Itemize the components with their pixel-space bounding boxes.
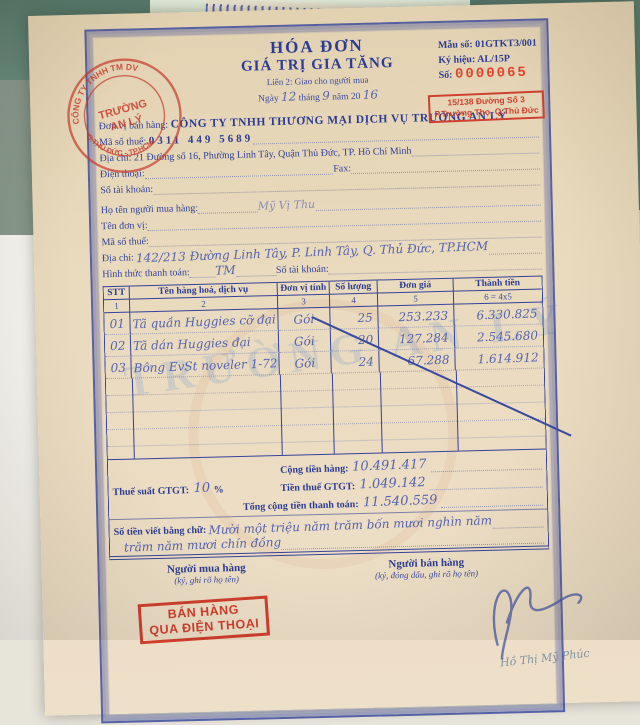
item-name: Bông EvSt noveler 1-72 [133,356,277,375]
date-month-handwritten: 9 [322,89,330,103]
dotted-line [329,258,543,275]
col-header-qty: Số lượng [330,281,378,295]
buyer-unit-label: Tên đơn vị: [101,220,148,232]
percent-sign: % [214,484,224,495]
item-unit: Gói [294,333,315,348]
item-name: Tã quần Huggies cỡ đại [132,312,276,331]
dotted-line [198,200,258,213]
date-month-label: tháng [299,93,320,104]
date-year-handwritten: 16 [363,87,379,101]
dotted-line [488,242,541,255]
buyer-account-label: Số tài khoản: [276,264,329,276]
date-year-label: năm 20 [332,92,360,103]
item-qty: 24 [358,354,374,369]
amount-in-words-line2: trăm năm mươi chín đồng [124,535,282,554]
item-price: 67.288 [407,352,449,367]
buyer-tax-label: Mã số thuế: [101,236,148,248]
date-prefix: Ngày [258,94,279,104]
vat-rate-handwritten: 10 [193,481,210,497]
invoice-number-label: Số: [439,70,453,81]
buyer-address-label: Địa chỉ: [102,252,134,264]
grand-total-handwritten: 11.540.559 [362,493,437,511]
seller-fax-label: Fax: [333,163,351,174]
item-unit: Gói [294,355,315,370]
amount-in-words-label: Số tiền viết bằng chữ: [114,525,207,538]
vat-amount-label: Tiền thuế GTGT: [280,481,355,494]
vat-rate-label: Thuế suất GTGT: [113,485,190,498]
grand-total-label: Tổng cộng tiền thanh toán: [243,499,359,513]
dotted-line [190,265,216,278]
colnum: 1 [104,300,130,314]
subtotal-label: Cộng tiền hàng: [280,463,349,476]
item-price: 127.284 [399,330,449,346]
vat-amount-handwritten: 1.049.142 [359,475,426,492]
item-qty: 25 [357,310,373,325]
address-stamp: 15/138 Đường Số 3 P.Trường Thọ, Q.Thủ Đứ… [428,90,545,123]
col-header-unit: Đơn vị tính [278,282,330,296]
invoice-meta: Mẫu số: 01GTKT3/001 Ký hiệu: AL/15P Số: … [438,36,538,83]
items-table: STT Tên hàng hoá, dịch vụ Đơn vị tính Số… [103,276,550,561]
invoice-sheet: TRƯỜNG AN LÝ HÓA ĐƠN GIÁ TRỊ GIA TĂNG Li… [28,1,640,640]
dotted-line [441,494,543,508]
item-amount: 6.330.825 [476,306,538,322]
item-amount: 2.545.680 [477,328,539,344]
buyer-name-handwritten: Mỹ Vị Thu [258,198,316,213]
item-price: 253.233 [399,308,449,324]
date-day-handwritten: 12 [281,89,297,103]
dotted-line [236,264,276,277]
dotted-line [492,516,544,529]
colnum: 4 [330,294,378,308]
payment-method-handwritten: TM [215,263,236,278]
dotted-line [281,532,544,550]
seller-signature-scribble [476,570,598,640]
item-stt: 01 [109,316,125,331]
table-empty-area [106,369,546,461]
item-name: Tã dán Huggies đại [133,335,251,353]
item-amount: 1.614.912 [477,350,539,366]
form-number: Mẫu số: 01GTKT3/001 [438,36,537,53]
col-header-stt: STT [104,287,130,301]
item-stt: 02 [110,338,126,353]
payment-method-label: Hình thức thanh toán: [102,267,190,280]
invoice-number-row: Số: 0000065 [438,66,537,83]
colnum: 3 [278,295,330,309]
phone-sale-stamp: BÁN HÀNG QUA ĐIỆN THOẠI [138,596,270,640]
seller-account-label: Số tài khoản: [100,184,153,196]
item-stt: 03 [110,360,126,375]
item-unit: Gói [293,311,314,326]
invoice-number-value: 0000065 [455,65,528,83]
subtotal-handwritten: 10.491.417 [352,457,427,475]
